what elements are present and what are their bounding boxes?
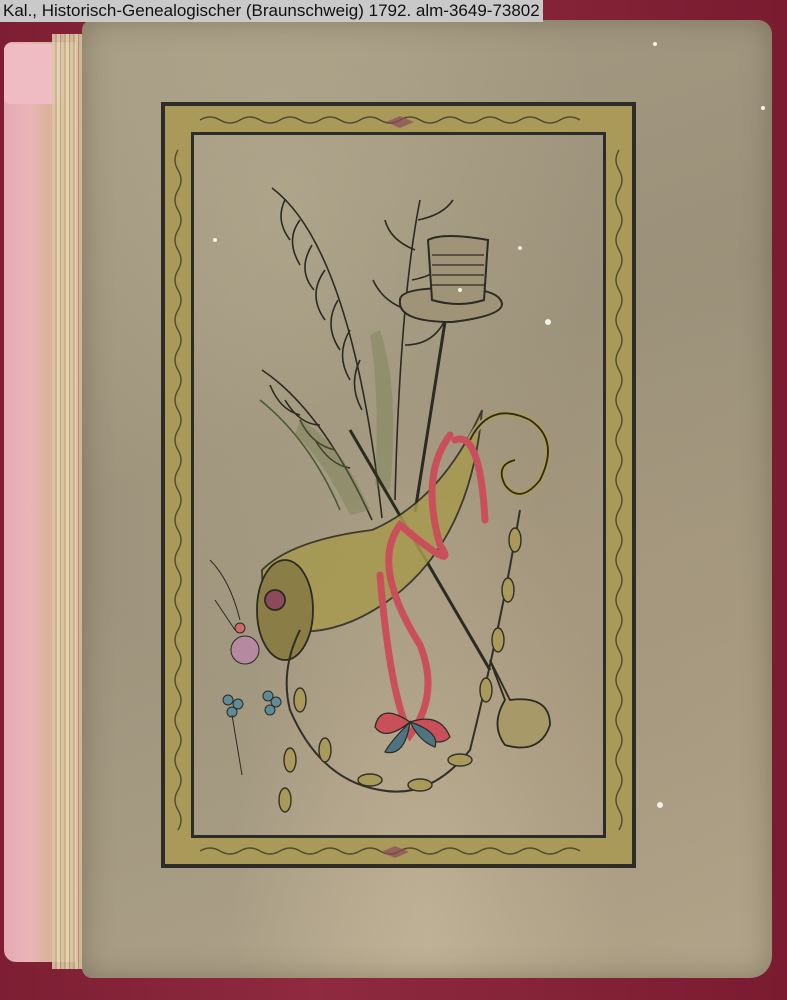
horn-icon	[490, 660, 550, 748]
palm-fronds-icon	[260, 188, 453, 520]
engraving-vignette	[0, 0, 787, 1000]
image-caption: Kal., Historisch-Genealogischer (Braunsc…	[0, 0, 543, 22]
staff-icon	[350, 322, 490, 670]
cornucopia-icon	[257, 410, 482, 660]
